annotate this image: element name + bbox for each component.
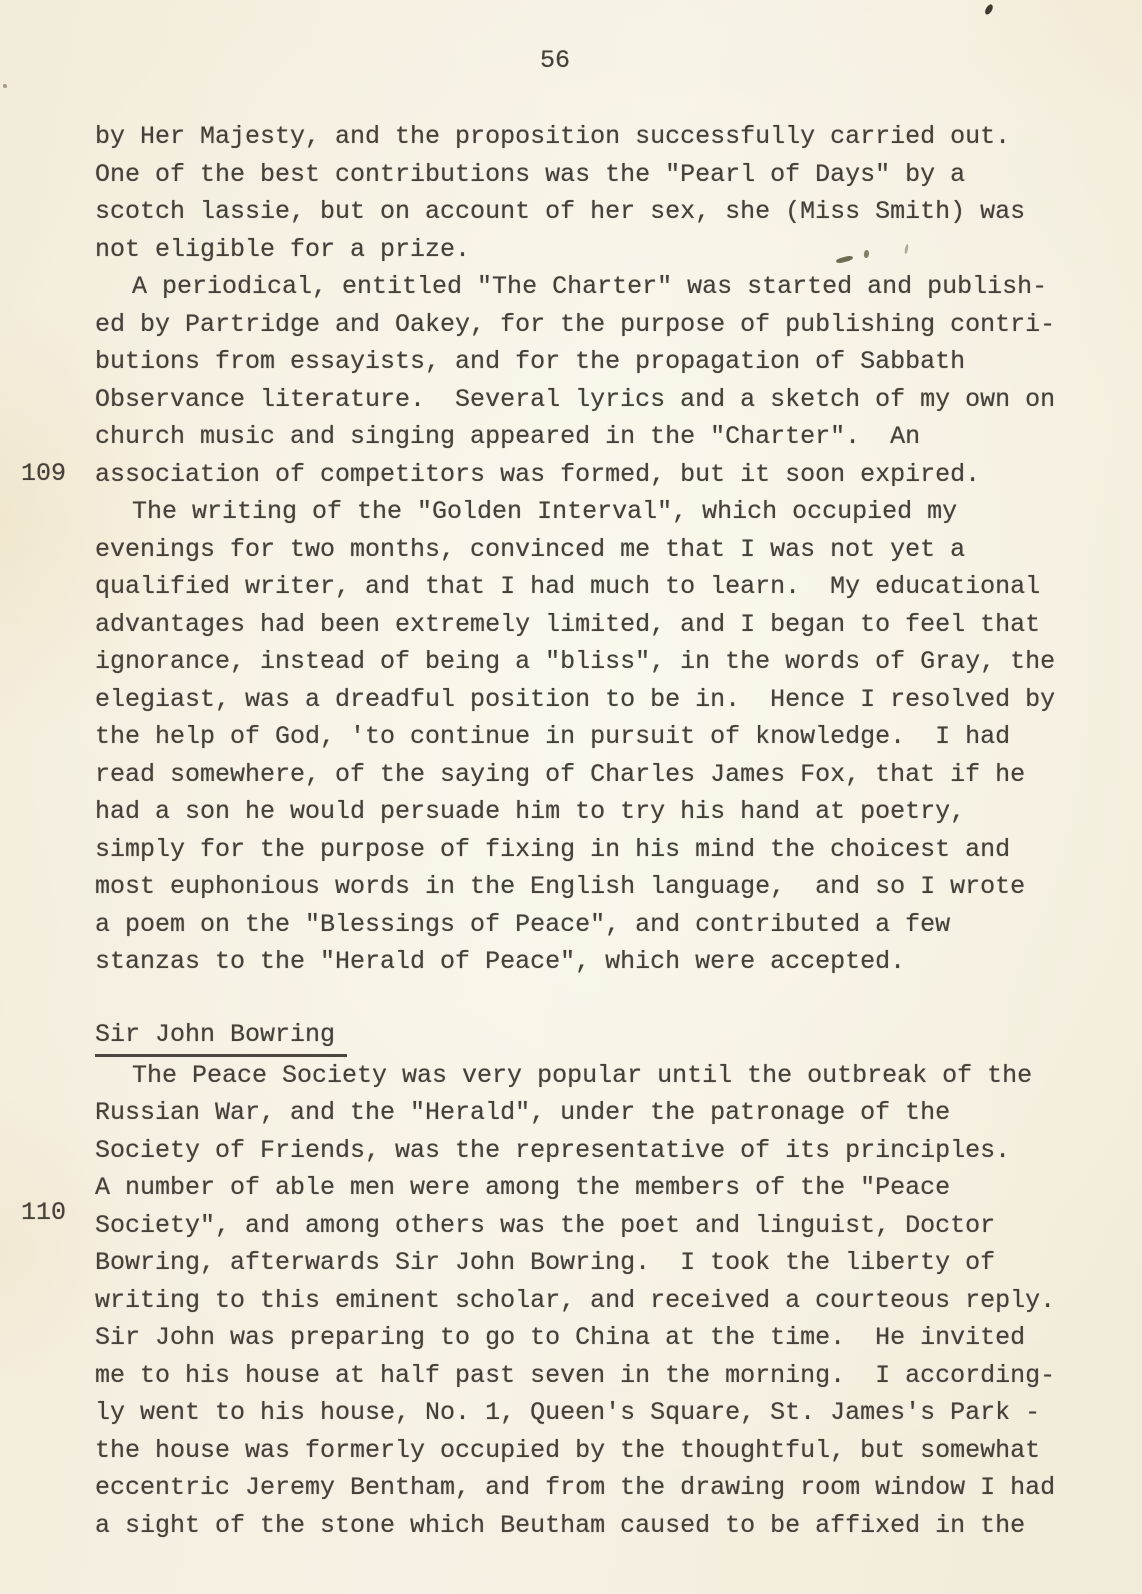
ink-speck bbox=[984, 3, 995, 16]
section-sir-john-bowring: Sir John Bowring The Peace Society was v… bbox=[95, 1018, 1095, 1544]
paragraph: A periodical, entitled "The Charter" was… bbox=[95, 268, 1095, 493]
paragraph: The Peace Society was very popular until… bbox=[95, 1057, 1095, 1545]
section-heading: Sir John Bowring bbox=[95, 1018, 347, 1057]
scanned-typewritten-page: 56 109 110 by Her Majesty, and the propo… bbox=[0, 0, 1142, 1594]
page-number: 56 bbox=[540, 42, 570, 80]
paragraph: The writing of the "Golden Interval", wh… bbox=[95, 493, 1095, 981]
margin-note: 109 bbox=[21, 455, 81, 493]
page-body: by Her Majesty, and the proposition succ… bbox=[95, 118, 1095, 1544]
margin-note: 110 bbox=[21, 1194, 81, 1232]
paragraph: by Her Majesty, and the proposition succ… bbox=[95, 118, 1095, 268]
ink-speck bbox=[3, 84, 7, 88]
